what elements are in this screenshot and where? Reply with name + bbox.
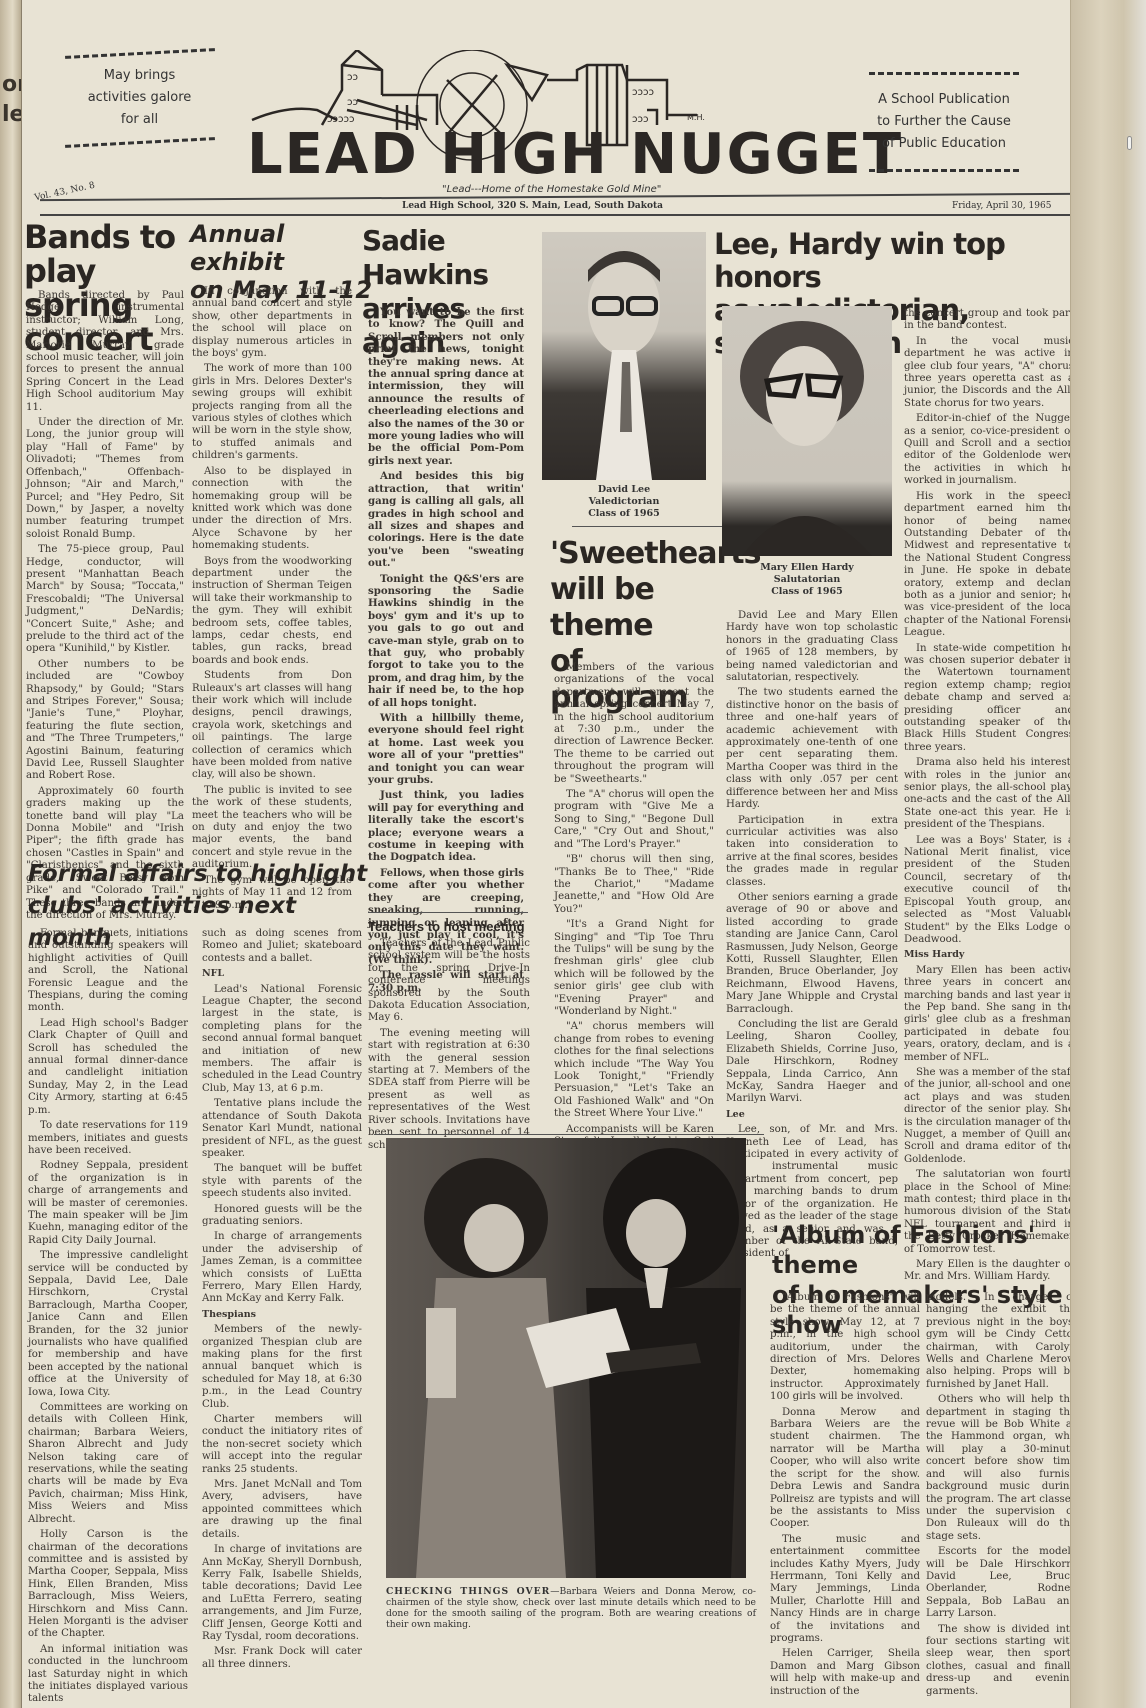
paragraph: Mrs. Janet McNall and Tom Avery, adviser… — [202, 1479, 362, 1541]
paragraph: David Lee and Mary Ellen Hardy have won … — [726, 610, 898, 684]
article-formal-col2: such as doing scenes from Romeo and Juli… — [202, 928, 362, 1674]
paragraph: The impressive candlelight service will … — [28, 1250, 188, 1399]
paragraph: Formal banquets, initiations and outstan… — [28, 928, 188, 1015]
paragraph: In the vocal music department he was act… — [904, 336, 1074, 410]
left-box-line: May brings — [52, 65, 227, 87]
article-album-col2: models. In charge of hanging the exhibit… — [926, 1292, 1076, 1701]
binder-edge — [1070, 0, 1146, 1708]
subhead-lee: Lee — [726, 1109, 898, 1121]
paragraph: In state-wide competition he was chosen … — [904, 643, 1074, 755]
paragraph: Msr. Frank Dock will cater all three din… — [202, 1646, 362, 1671]
paragraph: Just think, you ladies will pay for ever… — [368, 789, 524, 863]
paragraph: "B" chorus will then sing, "Thanks Be to… — [554, 854, 714, 916]
headline-line: Sadie Hawkins — [362, 224, 532, 292]
paragraph: the concert group and took part in the b… — [904, 308, 1074, 333]
dashed-rule — [869, 169, 1019, 172]
article-exhibit-body: In conjunction with the annual band conc… — [192, 286, 352, 915]
masthead-left-box: May brings activities galore for all — [52, 52, 227, 144]
photo-mary-ellen-hardy — [722, 306, 892, 556]
headline-line: Annual exhibit — [190, 220, 380, 276]
paragraph: Boys from the woodworking department und… — [192, 556, 352, 668]
caption-mary-ellen-hardy: Mary Ellen Hardy Salutatorian Class of 1… — [722, 562, 892, 598]
paragraph: An informal initiation was conducted in … — [28, 1644, 188, 1706]
paragraph: Holly Carson is the chairman of the deco… — [28, 1529, 188, 1641]
paragraph: With a hillbilly theme, everyone should … — [368, 712, 524, 786]
logo-initials: M.H. — [687, 113, 705, 122]
masthead-logo: ɔɔɔɔɔɔɔɔɔ ɔɔɔɔɔɔɔ M.H. LEAD HIGH NUGGET — [247, 50, 837, 190]
photo-caption-style-show: CHECKING THINGS OVER—Barbara Weiers and … — [386, 1586, 756, 1630]
masthead-rule — [40, 214, 1070, 216]
paragraph: In charge of arrangements under the advi… — [202, 1231, 362, 1305]
paragraph: The work of more than 100 girls in Mrs. … — [192, 363, 352, 462]
article-formal-col1: Formal banquets, initiations and outstan… — [28, 928, 188, 1708]
paragraph: Helen Carriger, Sheila Damon and Marg Gi… — [770, 1648, 920, 1698]
svg-text:ɔɔɔɔ: ɔɔɔɔ — [632, 87, 654, 98]
paragraph: Concluding the list are Gerald Leeling, … — [726, 1019, 898, 1106]
paragraph: Other numbers to be included are "Cowboy… — [26, 659, 184, 783]
paragraph: "Album of Fashions" will be the theme of… — [770, 1292, 920, 1404]
left-box-line: activities galore — [52, 87, 227, 109]
right-box-line: A School Publication — [854, 89, 1034, 111]
portrait-icon — [722, 306, 892, 556]
headline-line: will be theme — [550, 572, 720, 644]
svg-text:ɔɔ: ɔɔ — [347, 97, 358, 108]
subhead-miss-hardy: Miss Hardy — [904, 949, 1074, 961]
paragraph: Donna Merow and Barbara Weiers are the s… — [770, 1407, 920, 1531]
column-rule — [374, 1134, 764, 1135]
issue-date: Friday, April 30, 1965 — [952, 201, 1051, 211]
paragraph: Drama also held his interest, with roles… — [904, 757, 1074, 831]
headline-line: 'Sweethearts' — [550, 536, 720, 572]
paragraph: "It's a Grand Night for Singing" and "Ti… — [554, 919, 714, 1018]
paragraph: Under the direction of Mr. Long, the jun… — [26, 417, 184, 541]
paragraph: Bands directed by Paul Hedge, instrument… — [26, 290, 184, 414]
dashed-rule — [65, 137, 215, 148]
paragraph: You want to be the first to know? The Qu… — [368, 306, 524, 467]
paragraph: Teachers of the Lead Public school syste… — [368, 938, 530, 1025]
newspaper-title: LEAD HIGH NUGGET — [247, 122, 837, 187]
paragraph: The music and entertainment committee in… — [770, 1534, 920, 1646]
binder-pin-icon — [1127, 136, 1132, 150]
article-sadie-body: You want to be the first to know? The Qu… — [368, 306, 524, 997]
subhead-nfl: NFL — [202, 968, 362, 980]
paragraph: such as doing scenes from Romeo and Juli… — [202, 928, 362, 965]
paragraph: The show is divided into four sections s… — [926, 1624, 1076, 1698]
caption-line: Salutatorian — [722, 574, 892, 586]
headline-teachers: Teachers to host meeting — [368, 920, 533, 933]
column-rule — [572, 526, 722, 527]
photo-david-lee — [542, 232, 706, 480]
school-address: Lead High School, 320 S. Main, Lead, Sou… — [402, 201, 663, 211]
paragraph: Members of the newly-organized Thespian … — [202, 1324, 362, 1411]
left-box-line: for all — [52, 109, 227, 131]
portrait-icon — [542, 232, 706, 480]
newspaper-page: May brings activities galore for all — [22, 0, 1070, 1708]
right-box-line: to Further the Cause — [854, 111, 1034, 133]
paragraph: The two students earned the distinctive … — [726, 687, 898, 811]
photo-style-show-co-chairmen — [386, 1138, 746, 1578]
paragraph: Lead High school's Badger Clark Chapter … — [28, 1018, 188, 1117]
article-honors-col1: David Lee and Mary Ellen Hardy have won … — [726, 610, 898, 1264]
paragraph: Lee was a Boys' Stater, is a National Me… — [904, 835, 1074, 947]
paragraph: Charter members will conduct the initiat… — [202, 1414, 362, 1476]
headline-line: Lee, Hardy win top honors — [714, 228, 1074, 294]
paragraph: Escorts for the models will be Dale Hirs… — [926, 1546, 1076, 1620]
paragraph: Committees are working on details with C… — [28, 1402, 188, 1526]
caption-line: Class of 1965 — [542, 508, 706, 520]
dashed-rule — [65, 48, 215, 59]
caption-lead: CHECKING THINGS OVER — [386, 1586, 550, 1597]
paragraph: In conjunction with the annual band conc… — [192, 286, 352, 360]
paragraph: Mary Ellen has been active three years i… — [904, 965, 1074, 1064]
paragraph: Others who will help the department in s… — [926, 1394, 1076, 1543]
headline-line: Formal affairs to highlight — [28, 858, 368, 890]
paragraph: Members of the various organizations of … — [554, 662, 714, 786]
caption-line: David Lee — [542, 484, 706, 496]
column-rule — [368, 912, 528, 913]
paragraph: Lead's National Forensic League Chapter,… — [202, 984, 362, 1096]
paragraph: And besides this big attraction, that wr… — [368, 470, 524, 569]
caption-line: Class of 1965 — [722, 586, 892, 598]
subhead-thespians: Thespians — [202, 1309, 362, 1321]
paragraph: Other seniors earning a grade average of… — [726, 892, 898, 1016]
article-album-col1: "Album of Fashions" will be the theme of… — [770, 1292, 920, 1701]
paragraph: Editor-in-chief of the Nugget as a senio… — [904, 413, 1074, 487]
caption-line: Valedictorian — [542, 496, 706, 508]
paragraph: The banquet will be buffet style with pa… — [202, 1163, 362, 1200]
paragraph: Participation in extra curricular activi… — [726, 815, 898, 889]
article-teachers-body: Teachers of the Lead Public school syste… — [368, 938, 530, 1155]
paragraph: Rodney Seppala, president of the organiz… — [28, 1160, 188, 1247]
adjacent-page-fragment: orley — [2, 70, 21, 130]
paragraph: His work in the speech department earned… — [904, 491, 1074, 640]
paragraph: She was a member of the staff of the jun… — [904, 1067, 1074, 1166]
article-honors-col2: the concert group and took part in the b… — [904, 308, 1074, 1287]
dashed-rule — [869, 72, 1019, 75]
paragraph: The 75-piece group, Paul Hedge, conducto… — [26, 544, 184, 656]
right-box-line: of Public Education — [854, 133, 1034, 155]
paragraph: Tentative plans include the attendance o… — [202, 1098, 362, 1160]
paragraph: Honored guests will be the graduating se… — [202, 1204, 362, 1229]
paragraph: To date reservations for 119 members, in… — [28, 1120, 188, 1157]
two-girls-photo-icon — [386, 1138, 746, 1578]
masthead-right-box: A School Publication to Further the Caus… — [854, 72, 1034, 172]
paragraph: models. In charge of hanging the exhibit… — [926, 1292, 1076, 1391]
article-sweethearts-body: Members of the various organizations of … — [554, 662, 714, 1176]
paragraph: "A" chorus members will change from robe… — [554, 1021, 714, 1120]
headline-line: 'Album of Fashions' theme — [772, 1220, 1082, 1280]
paragraph: Tonight the Q&S'ers are sponsoring the S… — [368, 573, 524, 709]
headline-line: Bands to play — [24, 220, 194, 288]
paragraph: The "A" chorus will open the program wit… — [554, 789, 714, 851]
paragraph: In charge of invitations are Ann McKay, … — [202, 1544, 362, 1643]
adjacent-page-edge: orley — [0, 0, 22, 1708]
caption-david-lee: David Lee Valedictorian Class of 1965 — [542, 484, 706, 520]
paragraph: Students from Don Ruleaux's art classes … — [192, 670, 352, 782]
svg-text:ɔɔ: ɔɔ — [347, 72, 358, 83]
paragraph: Also to be displayed in connection with … — [192, 466, 352, 553]
caption-line: Mary Ellen Hardy — [722, 562, 892, 574]
slogan: "Lead---Home of the Homestake Gold Mine" — [442, 184, 661, 195]
article-bands-body: Bands directed by Paul Hedge, instrument… — [26, 290, 184, 925]
